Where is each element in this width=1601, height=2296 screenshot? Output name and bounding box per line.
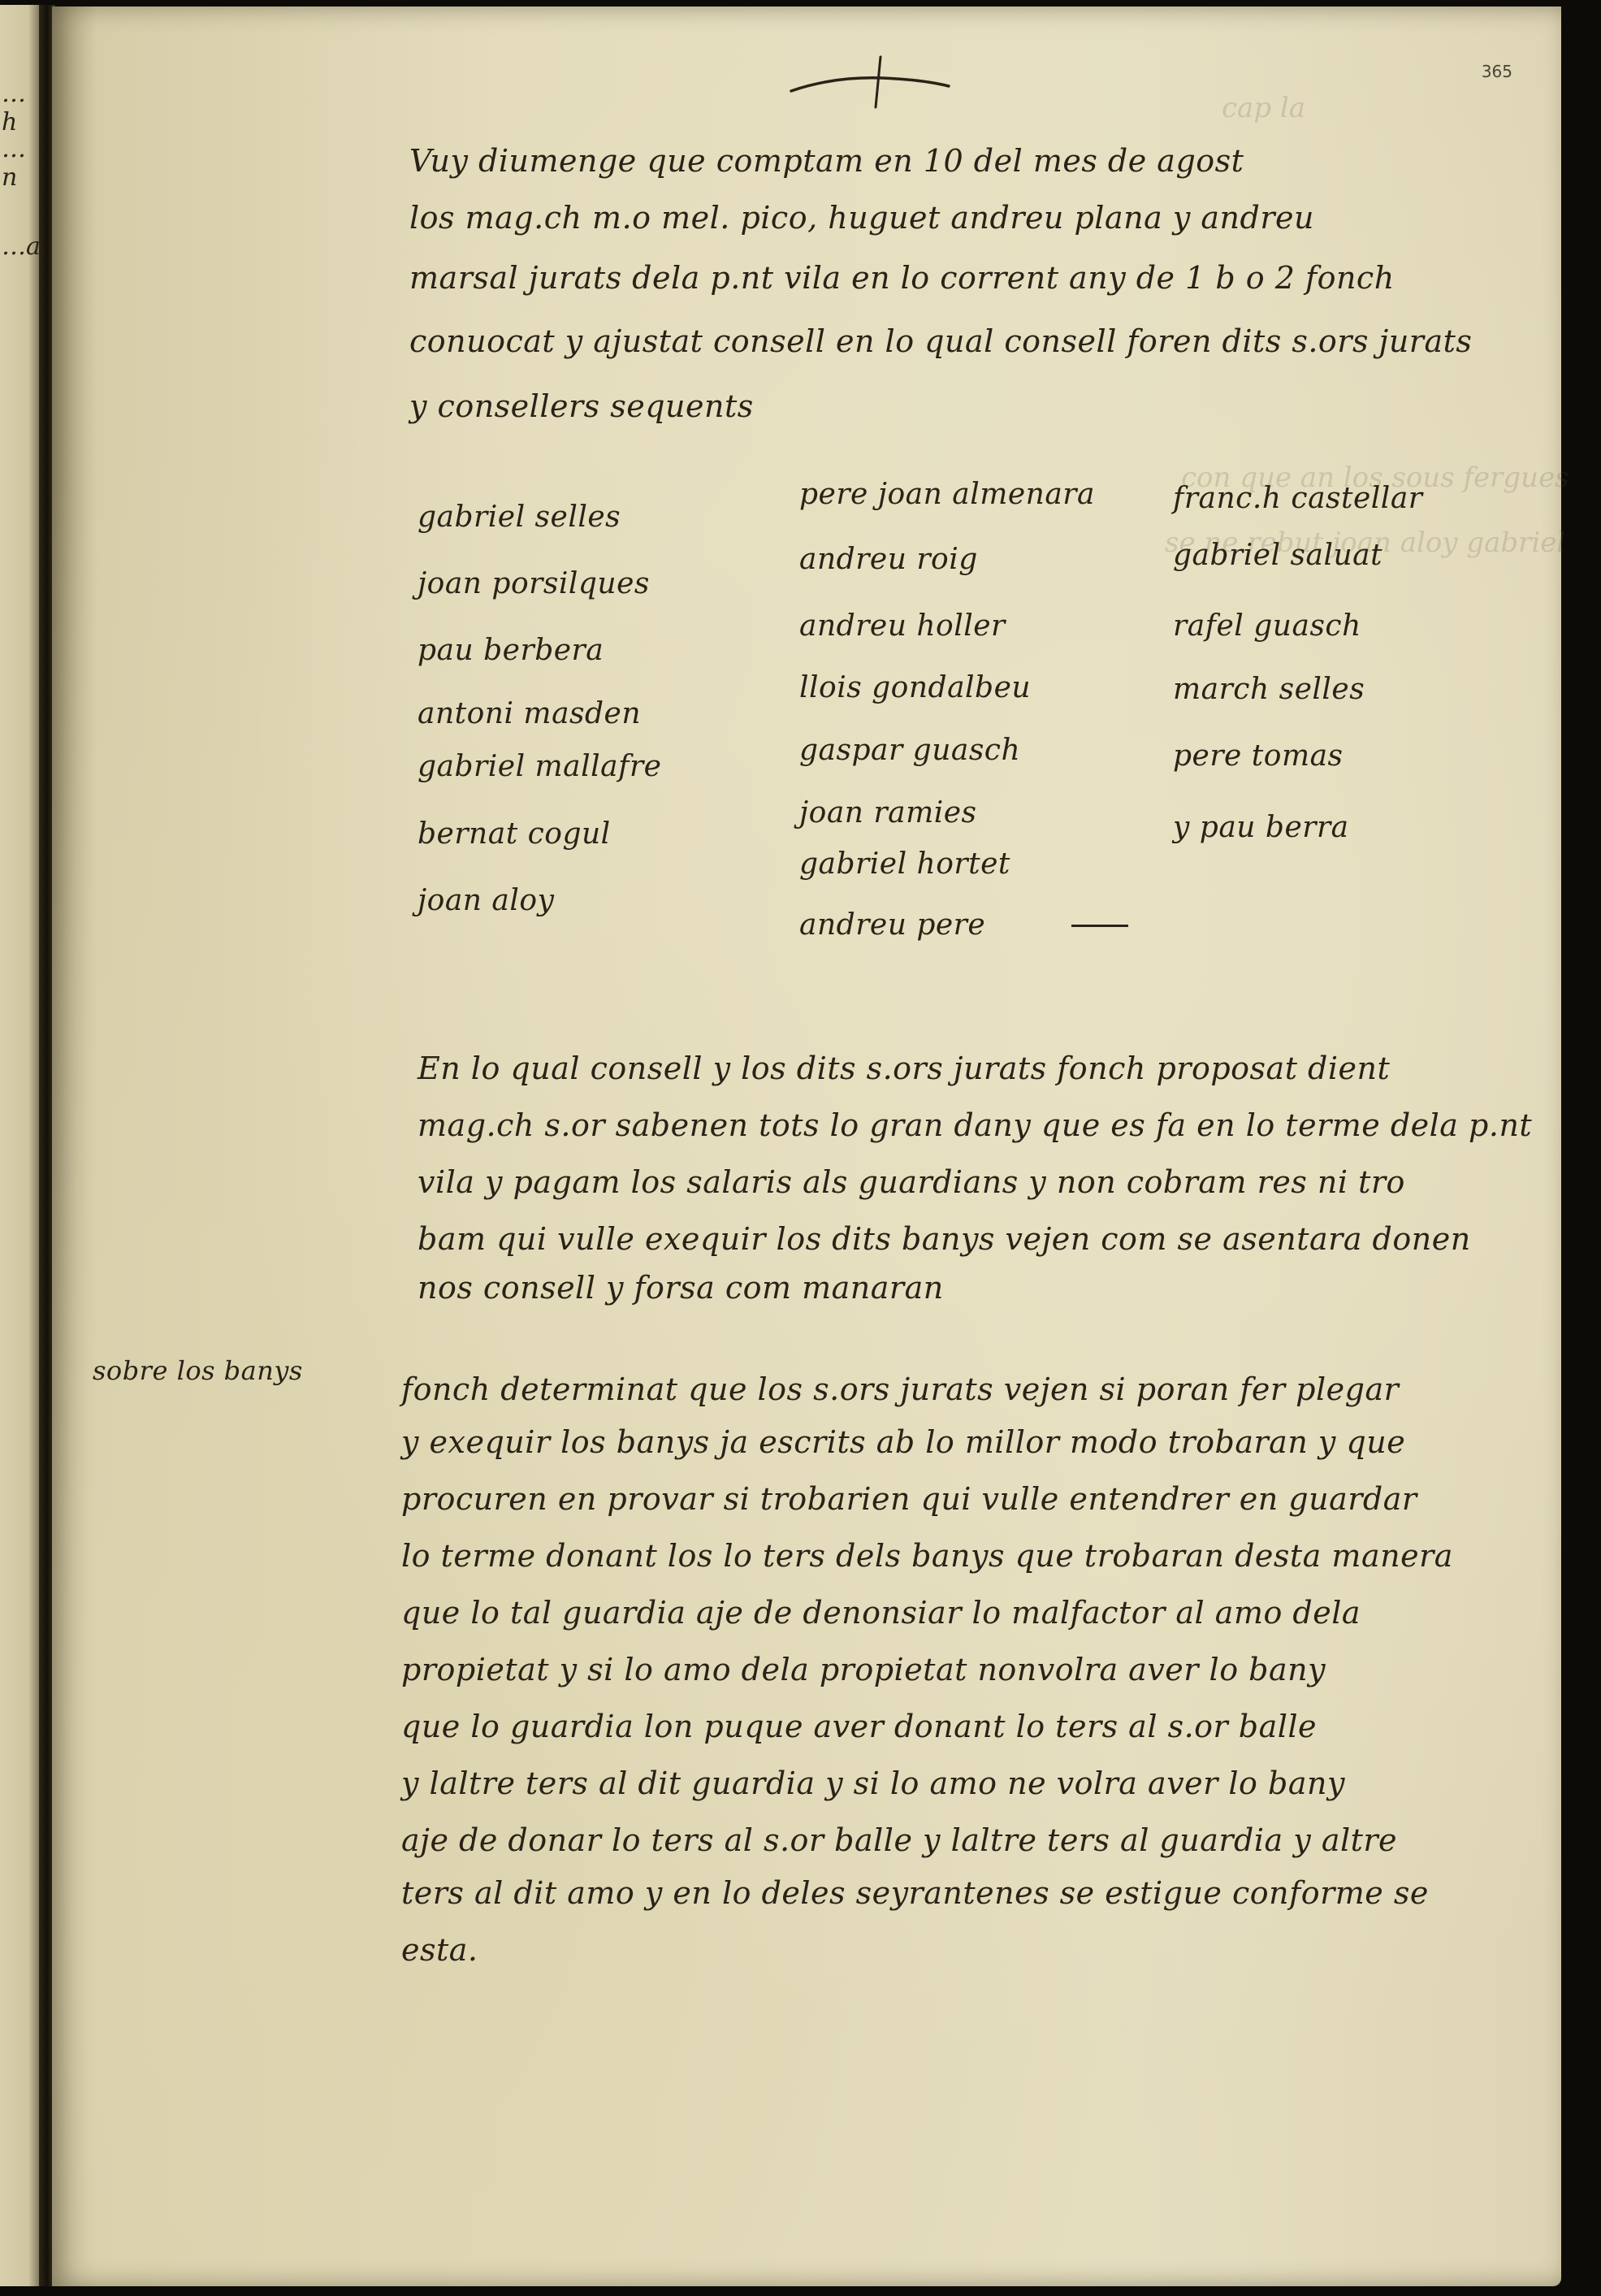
text-line: ters al dit amo y en lo deles seyrantene… <box>401 1875 1429 1911</box>
text-line: En lo qual consell y los dits s.ors jura… <box>418 1051 1390 1086</box>
councillor-name: rafel guasch <box>1173 609 1361 643</box>
text-line: que lo tal guardia aje de denonsiar lo m… <box>401 1595 1361 1631</box>
text-line: bam qui vulle exequir los dits banys vej… <box>418 1221 1471 1257</box>
text-line: procuren en provar si trobarien qui vull… <box>401 1481 1417 1517</box>
councillor-name: gabriel hortet <box>799 847 1010 881</box>
text-line: que lo guardia lon puque aver donant lo … <box>401 1709 1317 1744</box>
text-line: conuocat y ajustat consell en lo qual co… <box>409 323 1472 359</box>
text-line: fonch determinat que los s.ors jurats ve… <box>401 1371 1399 1407</box>
cross-heading-mark <box>785 54 955 110</box>
margin-note: sobre los banys <box>93 1355 303 1386</box>
councillor-name: pere tomas <box>1173 739 1344 773</box>
councillor-name: gaspar guasch <box>799 734 1020 767</box>
councillor-name: march selles <box>1173 673 1365 706</box>
text-line: esta. <box>401 1932 478 1968</box>
facing-page-fragment: …n <box>2 135 41 192</box>
councillor-name: y pau berra <box>1173 811 1349 844</box>
councillor-name: gabriel selles <box>418 500 621 534</box>
councillor-name: andreu holler <box>799 609 1006 643</box>
text-line: y laltre ters al dit guardia y si lo amo… <box>401 1765 1345 1801</box>
councillor-name: andreu pere <box>799 908 985 942</box>
line-filler-dash <box>1071 925 1128 927</box>
councillor-name: joan aloy <box>418 884 554 917</box>
text-line: vila y pagam los salaris als guardians y… <box>418 1164 1405 1200</box>
text-line: los mag.ch m.o mel. pico, huguet andreu … <box>409 200 1314 236</box>
text-line: propietat y si lo amo dela propietat non… <box>401 1652 1326 1687</box>
text-line: aje de donar lo ters al s.or balle y lal… <box>401 1822 1397 1858</box>
manuscript-page: cap la con que an los sous fergues se ne… <box>52 6 1561 2286</box>
councillor-name: pere joan almenara <box>799 478 1095 511</box>
councillor-name: gabriel saluat <box>1173 539 1382 572</box>
councillor-name: llois gondalbeu <box>799 671 1031 704</box>
councillor-name: franc.h castellar <box>1173 482 1423 515</box>
councillor-name: joan ramies <box>799 796 977 830</box>
folio-number: 365 <box>1482 62 1512 81</box>
councillor-name: pau berbera <box>418 634 604 667</box>
facing-page-fragment: …a <box>2 232 41 261</box>
councillor-name: bernat cogul <box>418 817 611 851</box>
facing-page-edge: …h …n …a <box>0 5 41 2286</box>
councillor-name: gabriel mallafre <box>418 750 661 783</box>
text-line: mag.ch s.or sabenen tots lo gran dany qu… <box>418 1107 1532 1143</box>
councillor-name: joan porsilques <box>418 567 650 600</box>
text-line: lo terme donant los lo ters dels banys q… <box>401 1538 1453 1574</box>
text-line: y consellers sequents <box>409 388 754 424</box>
text-line: y exequir los banys ja escrits ab lo mil… <box>401 1424 1405 1460</box>
facing-page-fragment: …h <box>2 80 41 136</box>
text-line: marsal jurats dela p.nt vila en lo corre… <box>409 260 1395 296</box>
text-line: nos consell y forsa com manaran <box>418 1270 944 1306</box>
text-line: Vuy diumenge que comptam en 10 del mes d… <box>409 143 1244 179</box>
councillor-name: andreu roig <box>799 543 978 576</box>
councillor-name: antoni masden <box>418 697 641 730</box>
